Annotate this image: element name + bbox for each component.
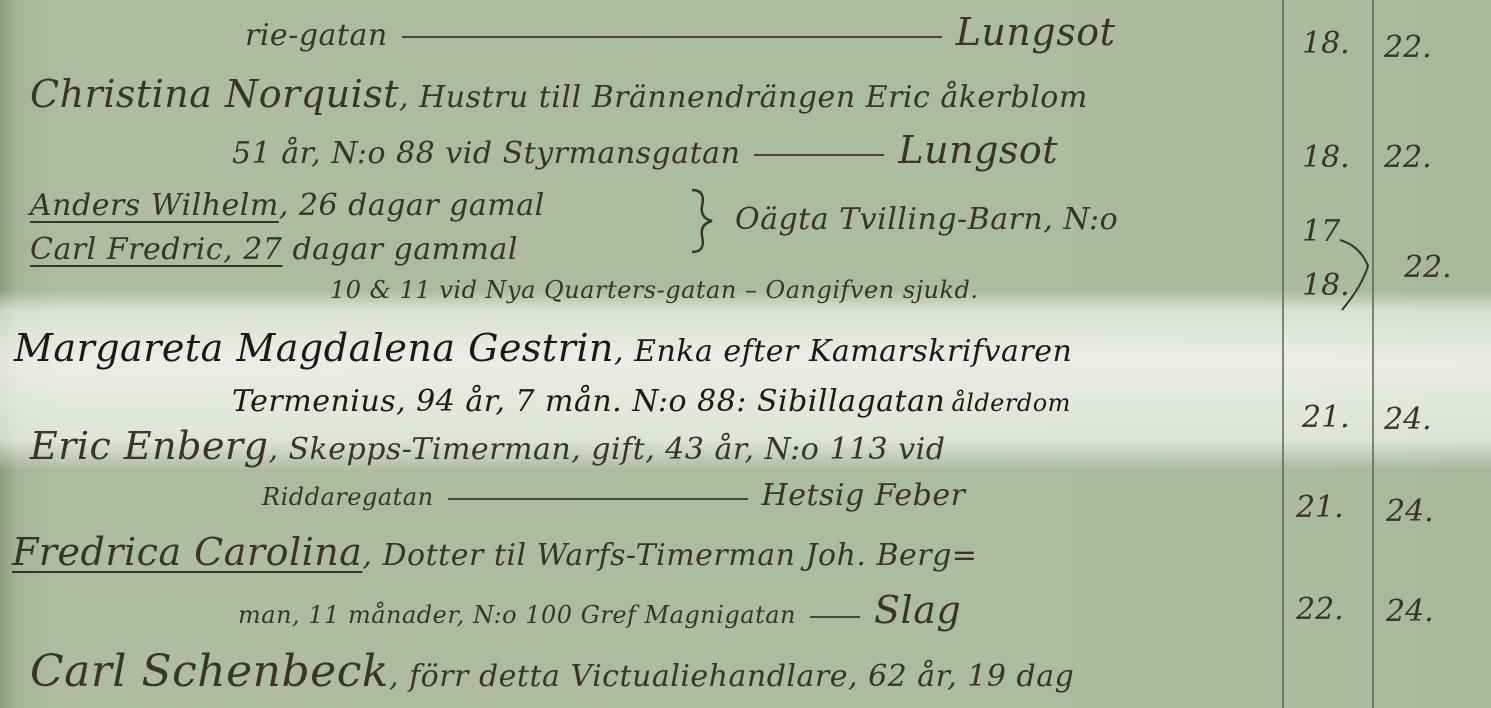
entry-2-age-b: dagar gammal xyxy=(282,232,518,267)
entry-5-line1: Fredrica Carolina, Dotter til Warfs-Time… xyxy=(12,530,977,574)
entry-3-name: Margareta Magdalena Gestrin xyxy=(14,326,614,370)
entry-3-address: Termenius, 94 år, 7 mån. N:o 88: Sibilla… xyxy=(232,384,945,419)
entry-1-death-day: 18. xyxy=(1302,140,1350,175)
entry-4-description: , Skepps-Timerman, gift, 43 år, N:o 113 … xyxy=(268,432,945,467)
twin-brace-icon xyxy=(688,186,718,256)
column-rule-burial-day xyxy=(1372,0,1374,708)
entry-2-age-a: , 26 dagar gamal xyxy=(279,188,545,223)
entry-3-cause: ålderdom xyxy=(951,389,1071,417)
entry-4-name: Eric Enberg xyxy=(30,424,268,468)
entry-0-line1: rie-gatanLungsot xyxy=(245,10,1115,54)
entry-5-cause: Slag xyxy=(874,588,961,632)
entry-0-burial-day: 22. xyxy=(1384,30,1432,65)
entry-1-line2: 51 år, N:o 88 vid StyrmansgatanLungsot xyxy=(232,128,1058,172)
entry-2-status: Oägta Tvilling-Barn, N:o xyxy=(735,202,1118,237)
entry-3-burial-day: 24. xyxy=(1384,402,1432,437)
entry-5-name: Fredrica Carolina xyxy=(12,530,362,574)
entry-0-death-day: 18. xyxy=(1302,26,1350,61)
entry-4-cause: Hetsig Feber xyxy=(762,478,966,513)
dash-rule xyxy=(810,616,860,618)
entry-2-line1: Anders Wilhelm, 26 dagar gamal xyxy=(30,188,545,223)
entry-4-burial-day: 24. xyxy=(1386,494,1434,529)
entry-4-line2: RiddaregatanHetsig Feber xyxy=(262,478,965,513)
entry-1-name: Christina Norquist xyxy=(30,72,399,116)
entry-2-name-b: Carl Fredric, 27 xyxy=(30,232,282,267)
entry-6-name: Carl Schenbeck xyxy=(30,646,389,697)
entry-3-line1: Margareta Magdalena Gestrin, Enka efter … xyxy=(14,326,1072,370)
entry-5-address: man, 11 månader, N:o 100 Gref Magnigatan xyxy=(238,601,796,629)
day-brace-icon xyxy=(1338,236,1374,316)
entry-5-burial-day: 24. xyxy=(1386,594,1434,629)
entry-1-description: , Hustru till Brännendrängen Eric åkerbl… xyxy=(399,80,1088,115)
entry-2-address-cause: 10 & 11 vid Nya Quarters-gatan – Oangifv… xyxy=(330,276,979,304)
entry-4-street: Riddaregatan xyxy=(262,483,434,511)
entry-3-line2: Termenius, 94 år, 7 mån. N:o 88: Sibilla… xyxy=(232,384,1071,419)
entry-1-cause: Lungsot xyxy=(898,128,1058,172)
entry-6-line1: Carl Schenbeck, förr detta Victualiehand… xyxy=(30,646,1074,697)
entry-5-death-day: 22. xyxy=(1296,592,1344,627)
entry-5-description: , Dotter til Warfs-Timerman Joh. Berg= xyxy=(362,538,977,573)
entry-4-death-day: 21. xyxy=(1296,490,1344,525)
dash-rule xyxy=(754,154,884,156)
entry-1-line1: Christina Norquist, Hustru till Brännend… xyxy=(30,72,1088,116)
entry-1-address: 51 år, N:o 88 vid Styrmansgatan xyxy=(232,136,740,171)
entry-0-street: rie-gatan xyxy=(245,18,388,53)
dash-rule xyxy=(448,498,748,500)
column-rule-death-day xyxy=(1282,0,1284,708)
entry-1-burial-day: 22. xyxy=(1384,140,1432,175)
entry-2-line2: Carl Fredric, 27 dagar gammal xyxy=(30,232,518,267)
entry-0-cause: Lungsot xyxy=(956,10,1116,54)
entry-2-name-a: Anders Wilhelm xyxy=(30,188,279,223)
entry-5-line2: man, 11 månader, N:o 100 Gref Magnigatan… xyxy=(238,588,961,632)
register-page: rie-gatanLungsot 18. 22. Christina Norqu… xyxy=(0,0,1491,708)
entry-3-description: , Enka efter Kamarskrifvaren xyxy=(614,334,1072,369)
entry-6-description: , förr detta Victualiehandlare, 62 år, 1… xyxy=(389,659,1074,694)
dash-rule xyxy=(402,36,942,38)
entry-3-death-day: 21. xyxy=(1302,400,1350,435)
entry-4-line1: Eric Enberg, Skepps-Timerman, gift, 43 å… xyxy=(30,424,945,468)
entry-2-death-day-a: 17 xyxy=(1302,214,1340,249)
entry-2-burial-day: 22. xyxy=(1404,250,1452,285)
